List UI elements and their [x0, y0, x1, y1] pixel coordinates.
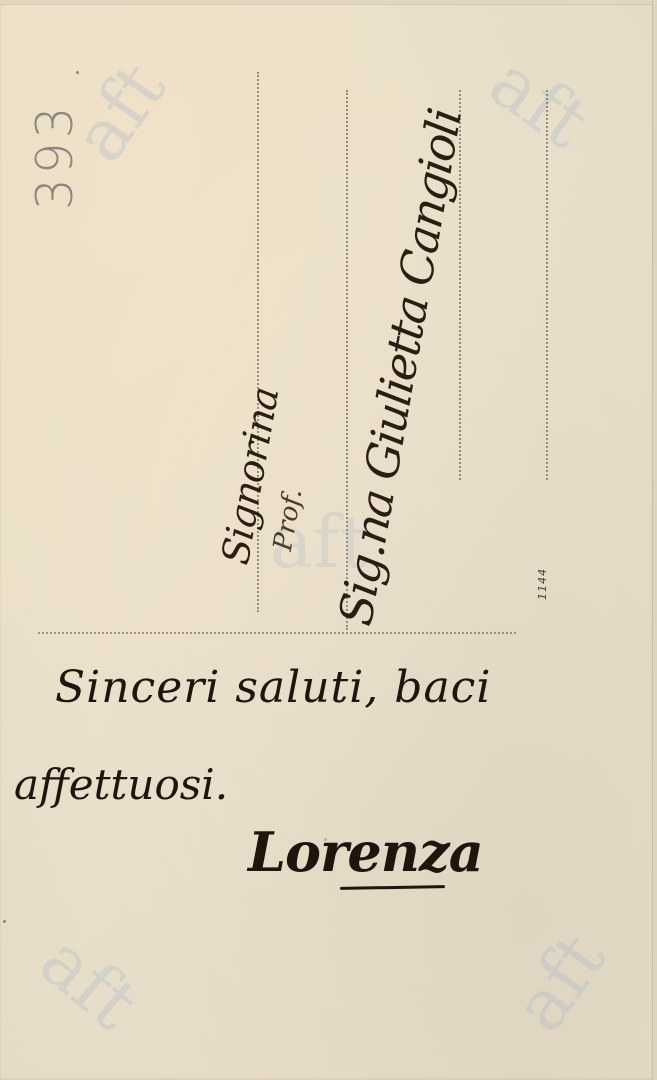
paper-speck — [3, 920, 6, 923]
card-top-edge — [0, 0, 657, 5]
watermark: aft — [25, 918, 154, 1046]
message-divider — [38, 632, 516, 634]
signature-underline — [340, 885, 445, 890]
paper-speck — [76, 71, 79, 74]
paper-speck — [324, 838, 327, 841]
message-line: Sinceri saluti, baci — [55, 662, 491, 713]
inventory-number: 393 — [26, 103, 84, 210]
watermark: aft — [475, 39, 604, 164]
signature: Lorenza — [248, 820, 483, 884]
address-recipient-name: Sig.na Giulietta Cangioli — [328, 106, 472, 630]
message-line: affettuosi. — [14, 760, 228, 809]
print-code: 1144 — [536, 568, 549, 600]
postcard-back: aft aft aft aft aft 393 1144 Signorina P… — [0, 0, 657, 1080]
address-guide-line — [546, 90, 548, 480]
watermark: aft — [497, 918, 622, 1047]
card-right-edge — [652, 0, 657, 1080]
